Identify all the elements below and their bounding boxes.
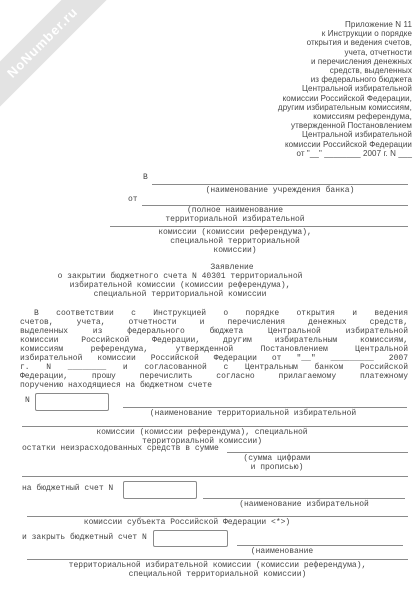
appendix-note-line: к Инструкции о порядке: [278, 29, 412, 38]
close-caption-line: (наименование: [237, 548, 327, 556]
appendix-note-line: средств, выделенных: [278, 66, 412, 75]
appendix-note-line: открытия и ведения счетов,: [278, 38, 412, 47]
appendix-note: Приложение N 11 к Инструкции о порядке о…: [278, 20, 412, 158]
account-name-blank: [123, 407, 407, 408]
watermark-text: NoNumber.ru: [4, 4, 81, 81]
body-paragraph-line: В соответствии с Инструкцией о порядке о…: [20, 309, 408, 318]
target-name-blank-top: [22, 476, 408, 477]
commission-name-blank-2: [110, 226, 408, 227]
close-name-blank-2: [27, 559, 408, 560]
commission-caption-line: территориальной избирательной: [110, 216, 360, 224]
appendix-note-line: другим избирательным комиссиям,: [278, 103, 412, 112]
appendix-note-line: Центральной избирательной: [278, 130, 412, 139]
sum-caption-line: (сумма цифрами: [227, 455, 327, 463]
close-caption-line: специальной территориальной комиссии): [30, 571, 405, 579]
document-title: Заявление: [20, 264, 410, 272]
bank-name-blank: [152, 184, 408, 185]
sum-blank: [227, 452, 408, 453]
document-page: NoNumber.ru Приложение N 11 к Инструкции…: [0, 0, 420, 600]
commission-caption-line: (полное наименование: [110, 207, 360, 215]
target-name-blank: [203, 498, 405, 499]
appendix-note-line: утвержденной Постановлением: [278, 121, 412, 130]
close-account-label: и закрыть бюджетный счет N: [22, 534, 147, 542]
body-paragraph-line: выделенных из федерального бюджета Центр…: [20, 327, 408, 336]
target-account-box: [123, 481, 197, 499]
account-caption-line: комиссии (комиссии референдума), специал…: [22, 429, 382, 437]
close-account-box: [153, 530, 228, 547]
appendix-note-line: из федерального бюджета: [278, 75, 412, 84]
target-caption-line: комиссии субъекта Российской Федерации <…: [22, 519, 352, 527]
commission-caption-line: комиссии (комиссии референдума),: [110, 229, 360, 237]
appendix-note-line: от "__" ________ 2007 г. N ___: [278, 149, 412, 158]
body-paragraph-line: Федерации, прошу перечислить согласно пр…: [20, 372, 408, 381]
body-paragraph-line: избирательной комиссии Российской Федера…: [20, 354, 408, 363]
appendix-note-line: и перечисления денежных: [278, 57, 412, 66]
target-account-label: на бюджетный счет N: [22, 485, 113, 493]
account-number-box: [35, 393, 109, 411]
sum-label: остатки неизрасходованных средств в сумм…: [22, 445, 219, 453]
account-name-blank-2: [22, 426, 408, 427]
target-caption-line: (наименование избирательной: [203, 501, 405, 509]
commission-caption-line: комиссии): [110, 247, 360, 255]
appendix-note-line: комиссиям референдума,: [278, 112, 412, 121]
account-caption-line: (наименование территориальной избиратель…: [123, 410, 383, 418]
document-subtitle-line: о закрытии бюджетного счета N 40301 терр…: [20, 273, 340, 281]
target-name-blank-2: [27, 516, 408, 517]
document-subtitle-line: избирательной комиссии (комиссии референ…: [20, 282, 340, 290]
bank-name-caption: (наименование учреждения банка): [152, 187, 408, 195]
document-subtitle-line: специальной территориальной комиссии: [20, 291, 340, 299]
body-paragraph-line: счетов, учета, отчетности и перечисления…: [20, 318, 408, 327]
appendix-note-line: Центральной избирательной: [278, 84, 412, 93]
close-name-blank: [237, 545, 403, 546]
body-paragraph-line: комиссии Российской Федерации, другим из…: [20, 336, 408, 345]
watermark-band: NoNumber.ru: [0, 0, 113, 113]
appendix-note-line: учета, отчетности: [278, 48, 412, 57]
body-paragraph-line: поручению находящиеся на бюджетном счете: [20, 381, 408, 390]
body-paragraph-line: комиссиям референдума, утвержденной Пост…: [20, 345, 408, 354]
appendix-note-line: Приложение N 11: [278, 20, 412, 29]
commission-caption-line: специальной территориальной: [110, 238, 360, 246]
body-paragraph-line: г. N ________ и согласованной с Централь…: [20, 363, 408, 372]
appendix-note-line: комиссии Российской Федерации: [278, 140, 412, 149]
addressee-to-label: В: [143, 174, 148, 182]
addressee-from-label: от: [128, 196, 138, 204]
account-number-label: N: [25, 397, 30, 405]
sum-caption-line: и прописью): [227, 464, 327, 472]
close-caption-line: территориальной избирательной комиссии (…: [30, 562, 405, 570]
appendix-note-line: комиссии Российской Федерации,: [278, 94, 412, 103]
